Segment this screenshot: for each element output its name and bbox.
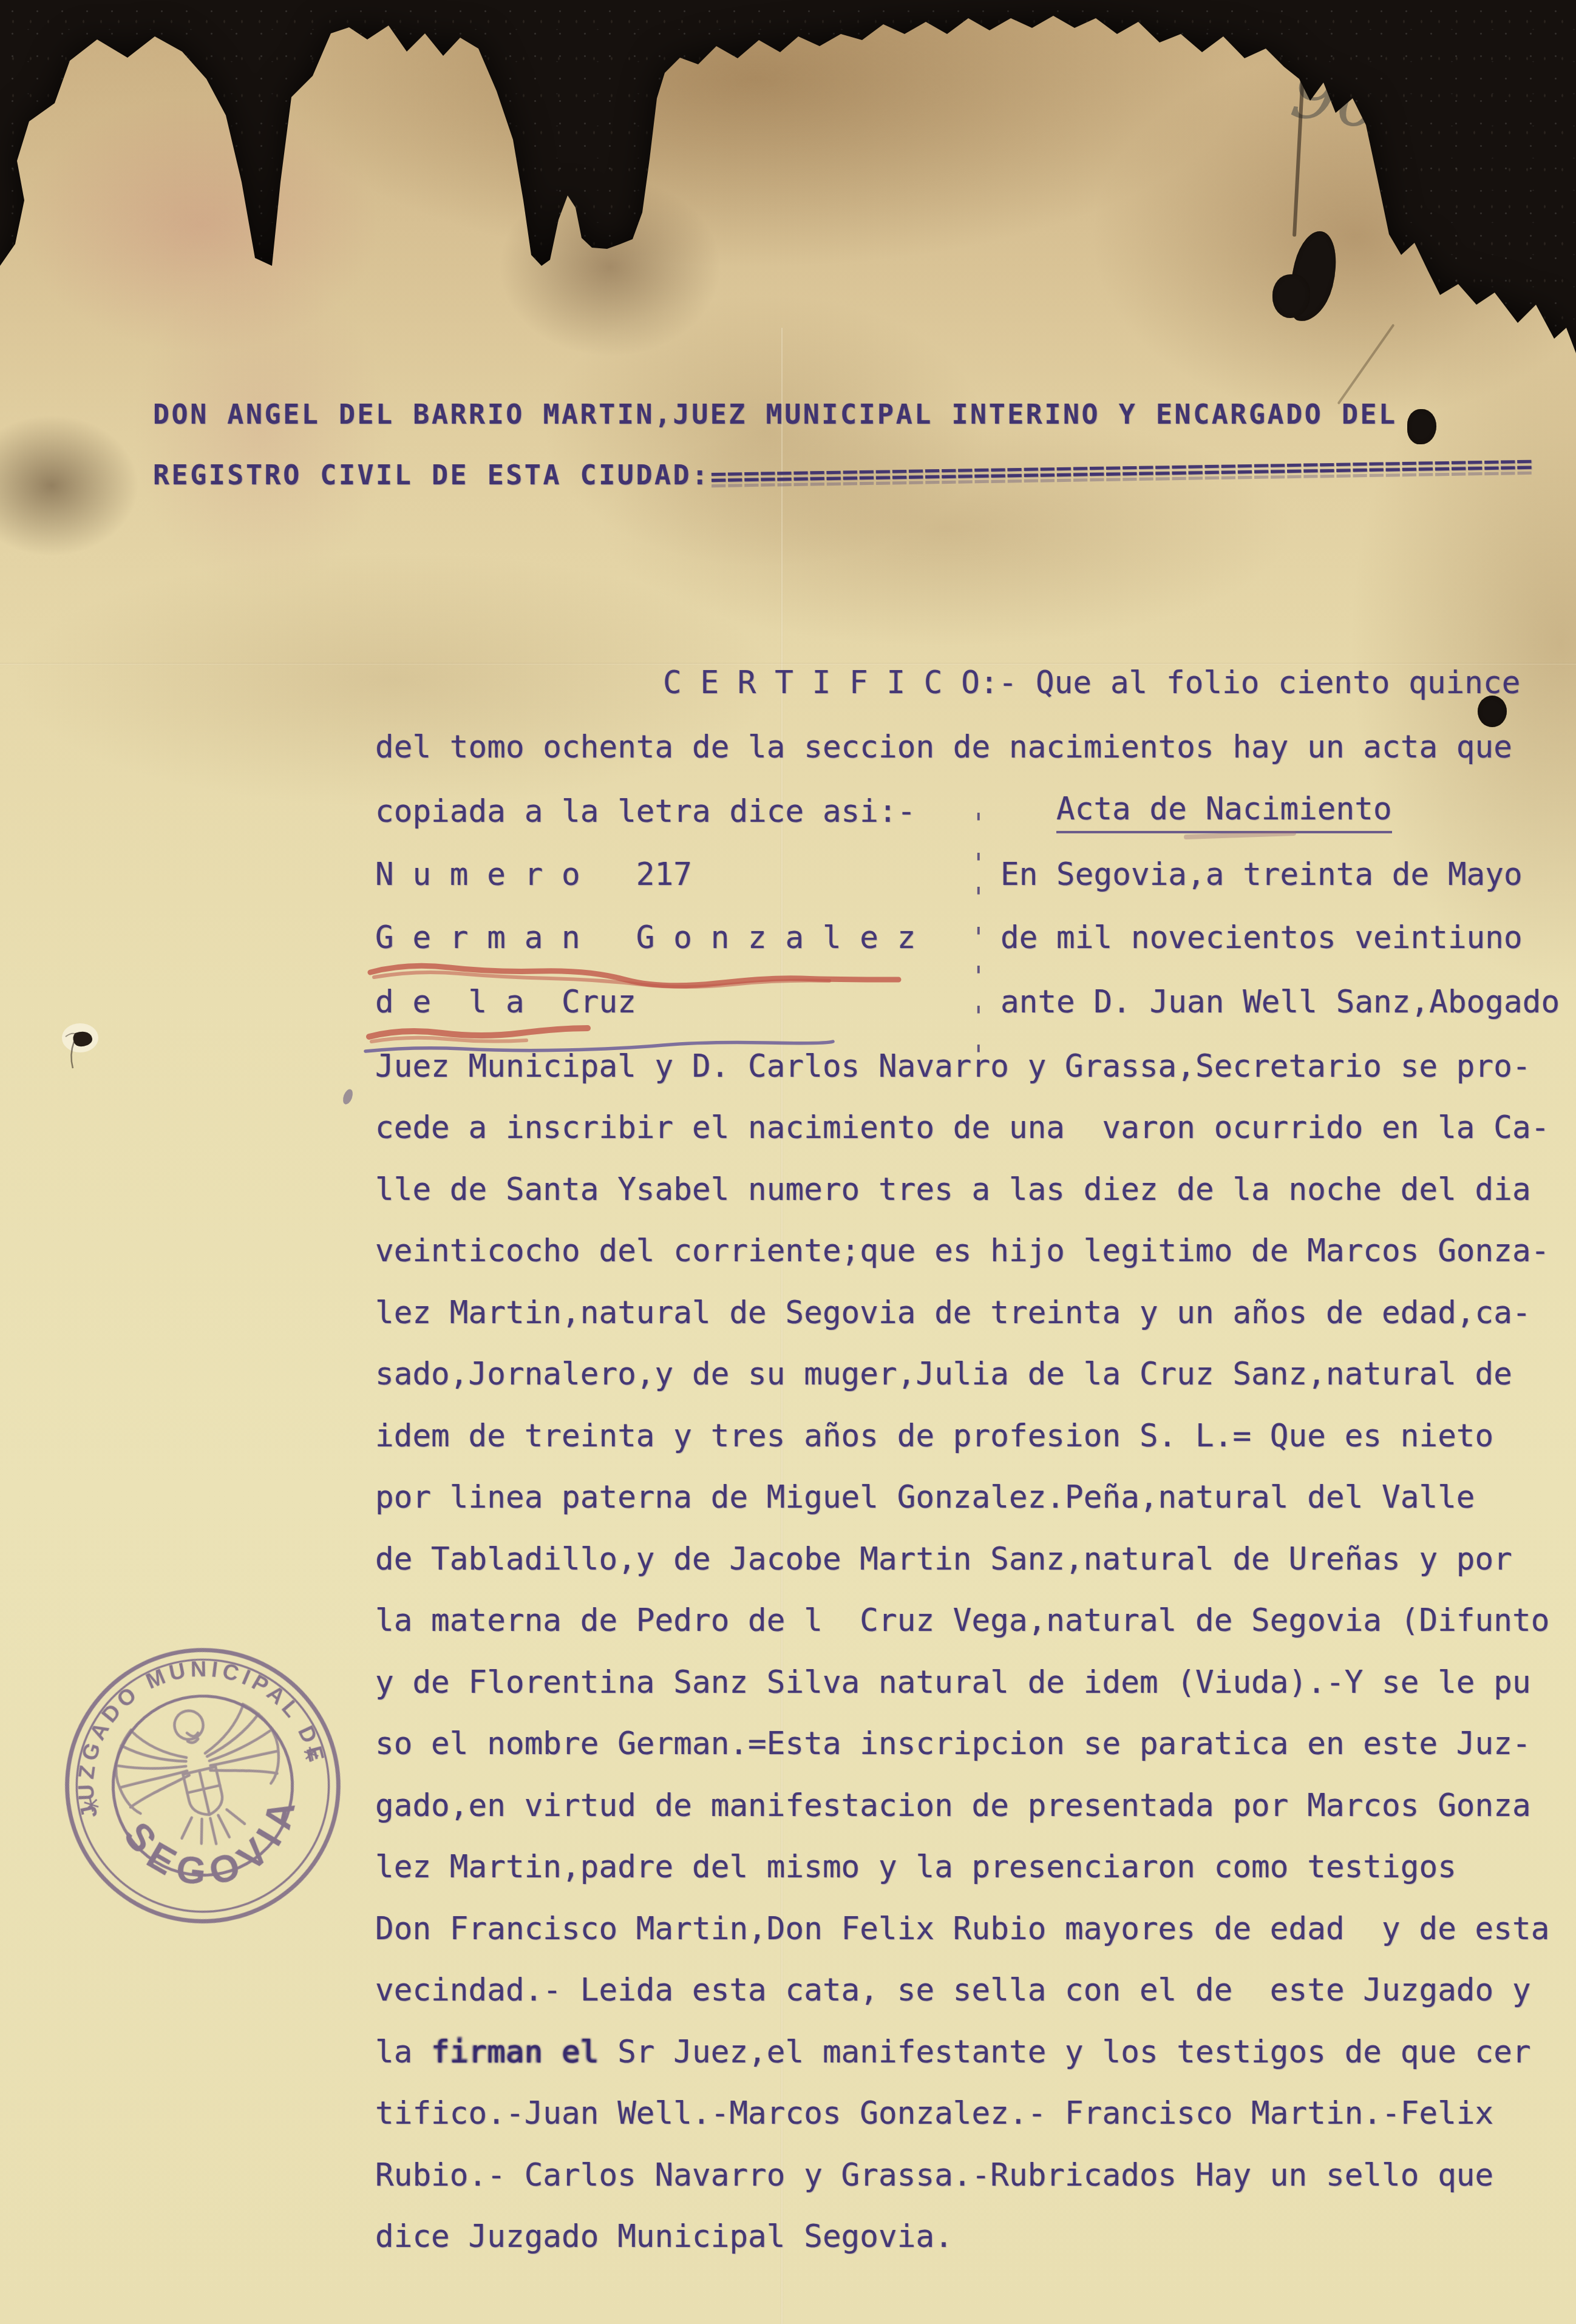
red-underline-name-1 (363, 954, 940, 997)
intro-line-2: del tomo ochenta de la seccion de nacimi… (375, 730, 1512, 765)
intro-line-3: copiada a la letra dice asi:- (375, 794, 915, 830)
document-paper: DON ANGEL DEL BARRIO MARTIN,JUEZ MUNICIP… (0, 0, 1576, 2324)
stamp-graphic: JUZGADO MUNICIPAL DE SEGOVIA * * (23, 1604, 382, 1967)
burn-hole (1407, 409, 1436, 444)
acta-number: N u m e r o 217 (375, 857, 692, 893)
column-separator-mark: ' (970, 881, 987, 914)
column-separator-mark: ' (970, 960, 987, 993)
body-line: de Tabladillo,y de Jacobe Martin Sanz,na… (375, 1542, 1512, 1577)
header-line-1: DON ANGEL DEL BARRIO MARTIN,JUEZ MUNICIP… (153, 398, 1398, 430)
column-separator-mark: ' (970, 1000, 987, 1033)
burn-hole (1478, 696, 1507, 727)
body-line: por linea paterna de Miguel Gonzalez.Peñ… (375, 1480, 1475, 1516)
body-line: y de Florentina Sanz Silva natural de id… (375, 1665, 1531, 1701)
body-line: sado,Jornalero,y de su muger,Julia de la… (375, 1357, 1512, 1392)
paper-shadow-wrapper: DON ANGEL DEL BARRIO MARTIN,JUEZ MUNICIP… (0, 0, 1576, 2324)
body-line: cede a inscribir el nacimiento de una va… (375, 1110, 1549, 1146)
body-line: gado,en virtud de manifestacion de prese… (375, 1788, 1531, 1824)
body-line: lez Martin,padre del mismo y la presenci… (375, 1849, 1456, 1885)
body-line: idem de treinta y tres años de profesion… (375, 1418, 1493, 1454)
ink-speck (341, 1088, 355, 1105)
body-line: vecindad.- Leida esta cata, se sella con… (375, 1973, 1531, 2008)
certifico-line: C E R T I F I C O:- Que al folio ciento … (663, 665, 1520, 701)
overstruck-words: firman el (431, 2034, 599, 2070)
acta-right-col-3: ante D. Juan Well Sanz,Abogado (1000, 984, 1560, 1020)
horizontal-fold-crease (0, 663, 1576, 665)
header-line-2: REGISTRO CIVIL DE ESTA CIUDAD:==========… (153, 459, 1532, 491)
body-line: veinticocho del corriente;que es hijo le… (375, 1233, 1549, 1269)
column-separator-mark: ' (970, 921, 987, 954)
body-line: Rubio.- Carlos Navarro y Grassa.-Rubrica… (375, 2158, 1493, 2194)
body-line: lle de Santa Ysabel numero tres a las di… (375, 1172, 1531, 1208)
body-line: so el nombre German.=Esta inscripcion se… (375, 1726, 1531, 1762)
acta-right-col-2: de mil novecientos veintiuno (1000, 920, 1523, 956)
paper-crack (1337, 324, 1394, 404)
body-line: lez Martin,natural de Segovia de treinta… (375, 1295, 1531, 1331)
registered-name-line-1: G e r m a n G o n z a l e z (375, 920, 915, 956)
scanned-document-background: DON ANGEL DEL BARRIO MARTIN,JUEZ MUNICIP… (0, 0, 1576, 2324)
header-equals-rule: ========================================… (710, 447, 1532, 492)
header-line-2-label: REGISTRO CIVIL DE ESTA CIUDAD: (153, 459, 710, 491)
body-line: dice Juzgado Municipal Segovia. (375, 2219, 953, 2255)
ink-blot (52, 1020, 119, 1086)
body-line: la materna de Pedro de l Cruz Vega,natur… (375, 1603, 1549, 1639)
body-line: tifico.-Juan Well.-Marcos Gonzalez.- Fra… (375, 2096, 1493, 2132)
column-separator-mark: ' (970, 847, 987, 880)
acta-title: Acta de Nacimiento (1056, 791, 1392, 827)
column-separator-mark: ' (970, 807, 987, 840)
body-line: Don Francisco Martin,Don Felix Rubio may… (375, 1911, 1549, 1947)
acta-right-col-1: En Segovia,a treinta de Mayo (1000, 857, 1523, 893)
municipal-stamp: JUZGADO MUNICIPAL DE SEGOVIA * * (23, 1604, 382, 1967)
acta-title-text: Acta de Nacimiento (1056, 791, 1392, 833)
body-line: Juez Municipal y D. Carlos Navarro y Gra… (375, 1049, 1531, 1085)
